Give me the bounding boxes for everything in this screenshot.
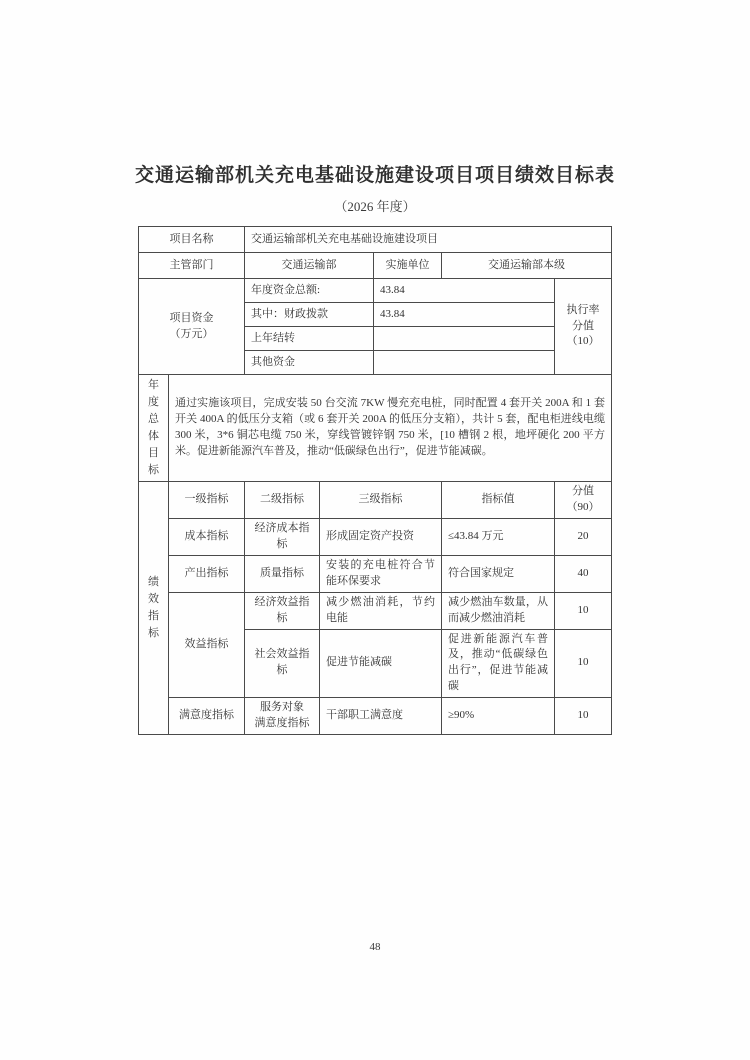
table-row: 主管部门 交通运输部 实施单位 交通运输部本级 xyxy=(139,253,612,279)
fund-other-value xyxy=(374,351,555,375)
annual-goal-text: 通过实施该项目，完成安装 50 台交流 7KW 慢充充电桩，同时配置 4 套开关… xyxy=(169,375,612,482)
indicator-level3: 干部职工满意度 xyxy=(320,698,442,735)
indicator-value: 符合国家规定 xyxy=(442,555,555,592)
indicator-level3: 减少燃油消耗，节约电能 xyxy=(320,592,442,629)
supervisor-dept-label: 主管部门 xyxy=(139,253,245,279)
header-level2: 二级指标 xyxy=(245,482,320,519)
fund-total-label: 年度资金总额: xyxy=(245,279,374,303)
indicator-value: 促进新能源汽车普及，推动“低碳绿色出行”，促进节能减碳 xyxy=(442,629,555,698)
fund-carryover-value xyxy=(374,327,555,351)
indicator-score: 40 xyxy=(555,555,612,592)
indicator-level3: 安装的充电桩符合节能环保要求 xyxy=(320,555,442,592)
indicator-level2: 服务对象 满意度指标 xyxy=(245,698,320,735)
implementer-label: 实施单位 xyxy=(374,253,442,279)
indicator-row: 成本指标 经济成本指标 形成固定资产投资 ≤43.84 万元 20 xyxy=(139,518,612,555)
project-name-label: 项目名称 xyxy=(139,227,245,253)
header-score: 分值 （90） xyxy=(555,482,612,519)
indicator-level2: 经济效益指标 xyxy=(245,592,320,629)
indicator-level1: 效益指标 xyxy=(169,592,245,698)
indicator-score: 10 xyxy=(555,592,612,629)
indicator-level3: 形成固定资产投资 xyxy=(320,518,442,555)
indicator-level1: 满意度指标 xyxy=(169,698,245,735)
fund-carryover-label: 上年结转 xyxy=(245,327,374,351)
indicator-score: 10 xyxy=(555,629,612,698)
header-level1: 一级指标 xyxy=(169,482,245,519)
annual-goal-label-cell: 年度总体目标 xyxy=(139,375,169,482)
annual-goal-row: 年度总体目标 通过实施该项目，完成安装 50 台交流 7KW 慢充充电桩，同时配… xyxy=(139,375,612,482)
indicator-value: ≥90% xyxy=(442,698,555,735)
indicator-row: 产出指标 质量指标 安装的充电桩符合节能环保要求 符合国家规定 40 xyxy=(139,555,612,592)
indicator-level3: 促进节能减碳 xyxy=(320,629,442,698)
project-name-value: 交通运输部机关充电基础设施建设项目 xyxy=(245,227,612,253)
indicator-header-row: 绩效指标 一级指标 二级指标 三级指标 指标值 分值 （90） xyxy=(139,482,612,519)
indicator-score: 20 xyxy=(555,518,612,555)
indicator-level2: 社会效益指标 xyxy=(245,629,320,698)
table-row: 项目名称 交通运输部机关充电基础设施建设项目 xyxy=(139,227,612,253)
indicator-value: ≤43.84 万元 xyxy=(442,518,555,555)
fund-row: 项目资金 （万元） 年度资金总额: 43.84 执行率 分值 （10） xyxy=(139,279,612,303)
indicator-score: 10 xyxy=(555,698,612,735)
fund-total-value: 43.84 xyxy=(374,279,555,303)
fund-other-label: 其他资金 xyxy=(245,351,374,375)
document-page: 交通运输部机关充电基础设施建设项目项目绩效目标表 （2026 年度） 项目名称 … xyxy=(0,0,750,1060)
page-number: 48 xyxy=(0,941,750,953)
annual-goal-label: 年度总体目标 xyxy=(148,377,159,479)
execution-rate-score: 执行率 分值 （10） xyxy=(555,279,612,375)
fund-fiscal-label: 其中：财政拨款 xyxy=(245,303,374,327)
indicator-level2: 经济成本指标 xyxy=(245,518,320,555)
header-level3: 三级指标 xyxy=(320,482,442,519)
indicators-label: 绩效指标 xyxy=(148,574,159,642)
page-subtitle: （2026 年度） xyxy=(0,196,750,215)
supervisor-dept-value: 交通运输部 xyxy=(245,253,374,279)
indicator-row: 满意度指标 服务对象 满意度指标 干部职工满意度 ≥90% 10 xyxy=(139,698,612,735)
indicator-level2: 质量指标 xyxy=(245,555,320,592)
page-title: 交通运输部机关充电基础设施建设项目项目绩效目标表 xyxy=(0,0,750,187)
header-value: 指标值 xyxy=(442,482,555,519)
indicators-label-cell: 绩效指标 xyxy=(139,482,169,735)
indicator-level1: 成本指标 xyxy=(169,518,245,555)
indicator-level1: 产出指标 xyxy=(169,555,245,592)
indicator-row: 效益指标 经济效益指标 减少燃油消耗，节约电能 减少燃油车数量，从而减少燃油消耗… xyxy=(139,592,612,629)
performance-target-table: 项目名称 交通运输部机关充电基础设施建设项目 主管部门 交通运输部 实施单位 交… xyxy=(138,226,612,735)
fund-fiscal-value: 43.84 xyxy=(374,303,555,327)
project-funds-label: 项目资金 （万元） xyxy=(139,279,245,375)
implementer-value: 交通运输部本级 xyxy=(442,253,612,279)
indicator-value: 减少燃油车数量，从而减少燃油消耗 xyxy=(442,592,555,629)
